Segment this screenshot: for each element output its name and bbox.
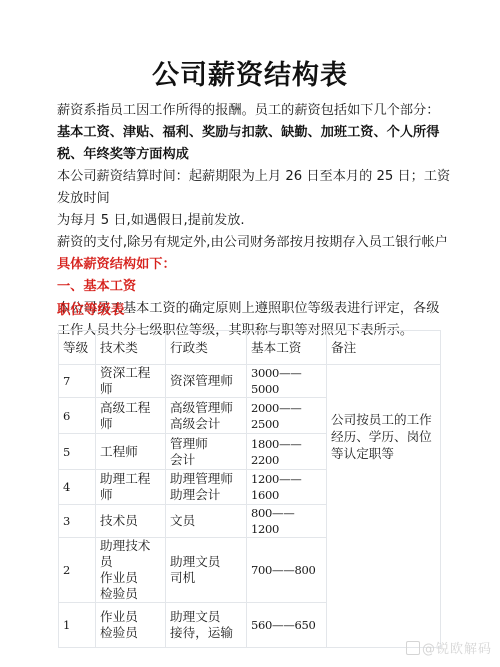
admin-title: 助理文员	[170, 554, 242, 570]
settlement-line-2: 为每月 5 日,如遇假日,提前发放.	[57, 210, 452, 232]
tech-title: 技术员	[100, 513, 161, 529]
tech-title: 助理技术员	[100, 538, 161, 570]
page-title: 公司薪资结构表	[0, 53, 500, 92]
components-paragraph: 基本工资、津贴、福利、奖励与扣款、缺勤、加班工资、个人所得税、年终奖等方面构成	[57, 122, 452, 166]
watermark-text: @锐欧解码	[422, 642, 492, 657]
grade-cell: 3	[59, 505, 96, 538]
payment-paragraph: 薪资的支付,除另有规定外,由公司财务部按月按期存入员工银行帐户	[57, 232, 452, 254]
intro-paragraph: 薪资系指员工因工作所得的报酬。员工的薪资包括如下几个部分：	[57, 100, 452, 122]
header-salary: 基本工资	[247, 331, 327, 365]
grade-cell: 2	[59, 538, 96, 603]
admin-cell: 管理师 会计	[166, 434, 247, 470]
admin-title: 接待，运输	[170, 625, 242, 641]
settlement-line-1: 本公司薪资结算时间：起薪期限为上月 26 日至本月的 25 日；工资发放时间	[57, 166, 452, 210]
salary-cell: 1200——1600	[247, 470, 327, 505]
admin-cell: 助理文员 接待，运输	[166, 603, 247, 648]
grade-cell: 5	[59, 434, 96, 470]
tech-cell: 助理技术员 作业员 检验员	[96, 538, 166, 603]
admin-title: 助理文员	[170, 609, 242, 625]
admin-title: 司机	[170, 570, 242, 586]
structure-heading: 具体薪资结构如下：	[57, 254, 452, 276]
salary-cell: 700——800	[247, 538, 327, 603]
header-tech: 技术类	[96, 331, 166, 365]
header-grade: 等级	[59, 331, 96, 365]
admin-title: 高级管理师	[170, 400, 242, 416]
salary-cell: 800——1200	[247, 505, 327, 538]
header-admin: 行政类	[166, 331, 247, 365]
admin-cell: 文员	[166, 505, 247, 538]
admin-title: 会计	[170, 452, 242, 468]
grade-cell: 6	[59, 398, 96, 434]
salary-cell: 1800——2200	[247, 434, 327, 470]
tech-title: 作业员	[100, 570, 161, 586]
watermark: @锐欧解码	[406, 638, 492, 657]
table-header-row: 等级 技术类 行政类 基本工资 备注	[59, 331, 441, 365]
admin-title: 文员	[170, 513, 242, 529]
note-text: 公司按员工的工作经历、学历、岗位等认定职等	[331, 411, 436, 462]
salary-cell: 560——650	[247, 603, 327, 648]
grade-cell: 1	[59, 603, 96, 648]
section-1-heading: 一、基本工资	[57, 276, 452, 298]
admin-cell: 高级管理师 高级会计	[166, 398, 247, 434]
tech-title: 作业员	[100, 609, 161, 625]
table-row: 7 资深工程师 资深管理师 3000——5000 公司按员工的工作经历、学历、岗…	[59, 365, 441, 398]
salary-cell: 3000——5000	[247, 365, 327, 398]
tech-title: 检验员	[100, 625, 161, 641]
platform-logo-icon	[406, 641, 420, 655]
note-cell: 公司按员工的工作经历、学历、岗位等认定职等	[327, 365, 441, 648]
grade-cell: 4	[59, 470, 96, 505]
admin-title: 管理师	[170, 436, 242, 452]
header-note: 备注	[327, 331, 441, 365]
tech-cell: 技术员	[96, 505, 166, 538]
tech-title: 工程师	[100, 444, 161, 460]
grade-table: 等级 技术类 行政类 基本工资 备注 7 资深工程师 资深管理师 3000——5…	[58, 330, 441, 648]
grade-cell: 7	[59, 365, 96, 398]
admin-cell: 资深管理师	[166, 365, 247, 398]
tech-title: 检验员	[100, 586, 161, 602]
tech-cell: 助理工程师	[96, 470, 166, 505]
tech-cell: 资深工程师	[96, 365, 166, 398]
tech-title: 高级工程师	[100, 400, 161, 432]
salary-cell: 2000——2500	[247, 398, 327, 434]
admin-title: 助理管理师	[170, 471, 242, 487]
admin-cell: 助理管理师 助理会计	[166, 470, 247, 505]
tech-title: 助理工程师	[100, 471, 161, 503]
admin-title: 高级会计	[170, 416, 242, 432]
tech-title: 资深工程师	[100, 365, 161, 397]
admin-title: 助理会计	[170, 487, 242, 503]
admin-cell: 助理文员 司机	[166, 538, 247, 603]
table-title: 职位等级表	[57, 298, 125, 318]
tech-cell: 高级工程师	[96, 398, 166, 434]
admin-title: 资深管理师	[170, 373, 242, 389]
tech-cell: 工程师	[96, 434, 166, 470]
tech-cell: 作业员 检验员	[96, 603, 166, 648]
